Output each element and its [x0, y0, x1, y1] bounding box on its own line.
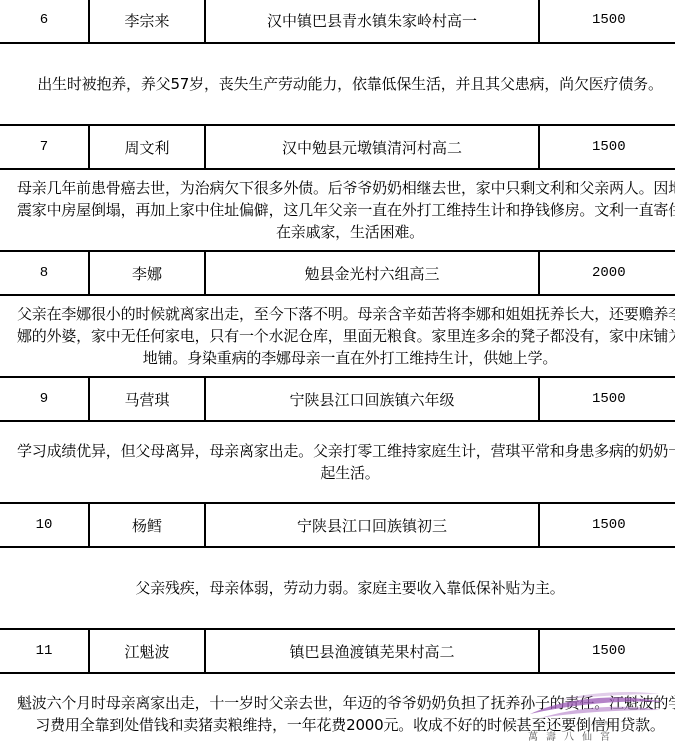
- student-address: 勉县金光村六组高三: [204, 252, 538, 294]
- student-address: 汉中勉县元墩镇清河村高二: [204, 126, 538, 168]
- family-situation: 父亲残疾，母亲体弱，劳动力弱。家庭主要收入靠低保补贴为主。: [13, 577, 675, 599]
- family-situation: 学习成绩优异，但父母离异，母亲离家出走。父亲打零工维持家庭生计，营琪平常和身患多…: [13, 440, 675, 484]
- student-name: 李宗来: [88, 0, 204, 42]
- student-address: 宁陕县江口回族镇六年级: [204, 378, 538, 420]
- family-situation: 魁波六个月时母亲离家出走，十一岁时父亲去世，年迈的爷爷奶奶负担了抚养孙子的责任。…: [13, 692, 675, 736]
- record-number: 6: [0, 0, 88, 42]
- student-address: 镇巴县渔渡镇芜果村高二: [204, 630, 538, 672]
- family-situation: 出生时被抱养，养父57岁，丧失生产劳动能力，依靠低保生活，并且其父患病，尚欠医疗…: [13, 73, 675, 95]
- aid-amount: 2000: [538, 252, 675, 294]
- family-situation: 母亲几年前患骨癌去世，为治病欠下很多外债。后爷爷奶奶相继去世，家中只剩文利和父亲…: [13, 177, 675, 243]
- student-name: 周文利: [88, 126, 204, 168]
- student-name: 江魁波: [88, 630, 204, 672]
- aid-amount: 1500: [538, 126, 675, 168]
- description-row: 学习成绩优异，但父母离异，母亲离家出走。父亲打零工维持家庭生计，营琪平常和身患多…: [0, 422, 675, 502]
- student-address: 汉中镇巴县青水镇朱家岭村高一: [204, 0, 538, 42]
- table-row: 10 杨鳕 宁陕县江口回族镇初三 1500: [0, 502, 675, 548]
- record-number: 9: [0, 378, 88, 420]
- aid-amount: 1500: [538, 378, 675, 420]
- aid-amount: 1500: [538, 630, 675, 672]
- description-row: 父亲在李娜很小的时候就离家出走，至今下落不明。母亲含辛茹苦将李娜和姐姐抚养长大，…: [0, 296, 675, 376]
- table-row: 9 马营琪 宁陕县江口回族镇六年级 1500: [0, 376, 675, 422]
- student-address: 宁陕县江口回族镇初三: [204, 504, 538, 546]
- table-row: 11 江魁波 镇巴县渔渡镇芜果村高二 1500: [0, 628, 675, 674]
- description-row: 魁波六个月时母亲离家出走，十一岁时父亲去世，年迈的爷爷奶奶负担了抚养孙子的责任。…: [0, 674, 675, 748]
- description-row: 出生时被抱养，养父57岁，丧失生产劳动能力，依靠低保生活，并且其父患病，尚欠医疗…: [0, 44, 675, 124]
- aid-amount: 1500: [538, 504, 675, 546]
- record-number: 8: [0, 252, 88, 294]
- record-number: 7: [0, 126, 88, 168]
- record-number: 10: [0, 504, 88, 546]
- aid-amount: 1500: [538, 0, 675, 42]
- description-row: 母亲几年前患骨癌去世，为治病欠下很多外债。后爷爷奶奶相继去世，家中只剩文利和父亲…: [0, 170, 675, 250]
- student-name: 杨鳕: [88, 504, 204, 546]
- table-row: 6 李宗来 汉中镇巴县青水镇朱家岭村高一 1500: [0, 0, 675, 44]
- aid-recipients-table: 6 李宗来 汉中镇巴县青水镇朱家岭村高一 1500 出生时被抱养，养父57岁，丧…: [0, 0, 675, 748]
- table-row: 8 李娜 勉县金光村六组高三 2000: [0, 250, 675, 296]
- description-row: 父亲残疾，母亲体弱，劳动力弱。家庭主要收入靠低保补贴为主。: [0, 548, 675, 628]
- record-number: 11: [0, 630, 88, 672]
- student-name: 马营琪: [88, 378, 204, 420]
- student-name: 李娜: [88, 252, 204, 294]
- table-row: 7 周文利 汉中勉县元墩镇清河村高二 1500: [0, 124, 675, 170]
- family-situation: 父亲在李娜很小的时候就离家出走，至今下落不明。母亲含辛茹苦将李娜和姐姐抚养长大，…: [13, 303, 675, 369]
